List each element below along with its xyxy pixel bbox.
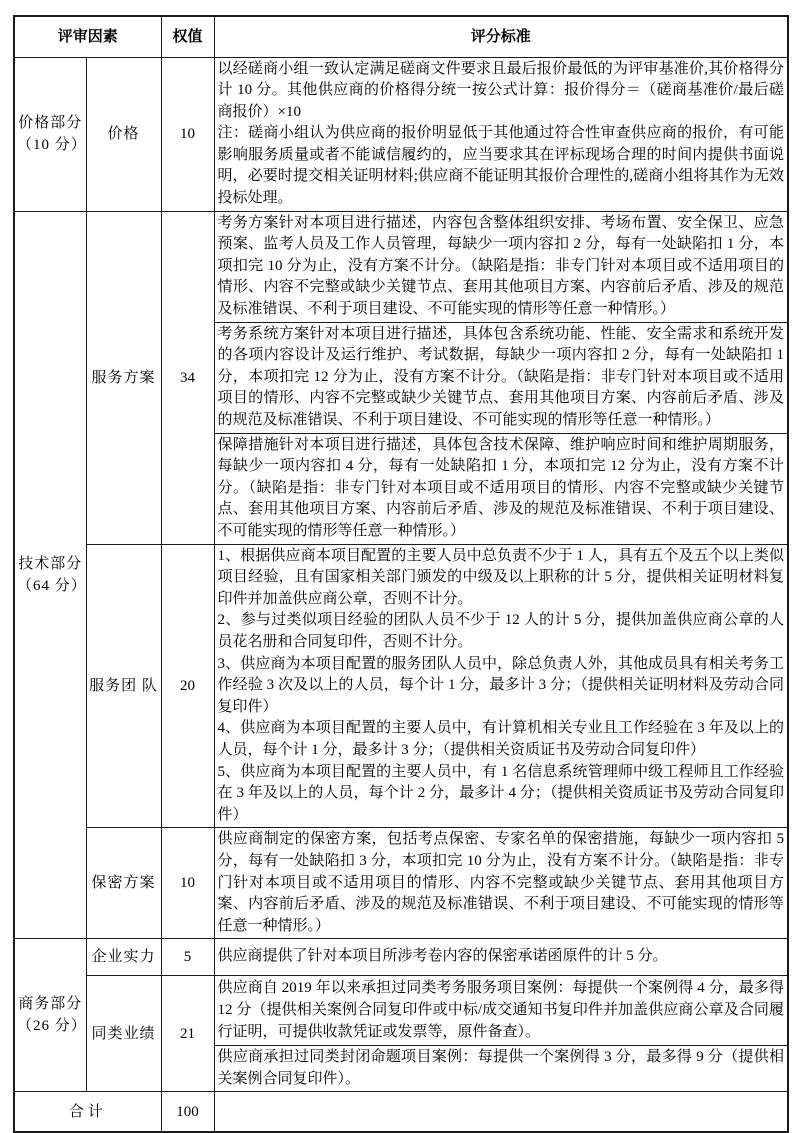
- similar-performance-row-1: 同类业绩 21 供应商自 2019 年以来承担过同类考务服务项目案例：每提供一个…: [14, 976, 788, 1046]
- criteria-service-plan-1: 考务方案针对本项目进行描述，内容包含整体组织安排、考场布置、安全保卫、应急预案、…: [214, 211, 788, 322]
- weight-service-team: 20: [161, 544, 214, 828]
- category-price: 价格部分（10 分）: [14, 57, 86, 211]
- criteria-similar-performance-1: 供应商自 2019 年以来承担过同类考务服务项目案例：每提供一个案例得 4 分，…: [214, 976, 788, 1046]
- weight-similar-performance: 21: [161, 976, 214, 1092]
- header-scoring-criteria: 评分标准: [214, 16, 788, 57]
- enterprise-strength-row: 商务部分（26 分） 企业实力 5 供应商提供了针对本项目所涉考卷内容的保密承诺…: [14, 939, 788, 976]
- factor-confidentiality-plan: 保密方案: [86, 828, 161, 939]
- criteria-text: 供应商制定的保密方案，包括考点保密、专家名单的保密措施，每缺少一项内容扣 5 分…: [218, 829, 785, 937]
- criteria-text: 供应商自 2019 年以来承担过同类考务服务项目案例：每提供一个案例得 4 分，…: [218, 978, 785, 1043]
- factor-price: 价格: [86, 57, 161, 211]
- header-evaluation-factors: 评审因素: [14, 16, 161, 57]
- criteria-text: 保障措施针对本项目进行描述，具体包含技术保障、维护响应时间和维护周期服务，每缺少…: [218, 435, 785, 543]
- factor-enterprise-strength: 企业实力: [86, 939, 161, 976]
- criteria-price: 以经磋商小组一致认定满足磋商文件要求且最后报价最低的为评审基准价,其价格得分计 …: [214, 57, 788, 211]
- criteria-similar-performance-2: 供应商承担过同类封闭命题项目案例：每提供一个案例得 3 分，最多得 9 分（提供…: [214, 1046, 788, 1092]
- criteria-service-plan-2: 考务系统方案针对本项目进行描述，具体包含系统功能、性能、安全需求和系统开发的各项…: [214, 322, 788, 433]
- criteria-enterprise-strength: 供应商提供了针对本项目所涉考卷内容的保密承诺函原件的计 5 分。: [214, 939, 788, 976]
- team-item-3: 3、供应商为本项目配置的服务团队人员中，除总负责人外，其他成员具有相关考务工作经…: [218, 654, 785, 719]
- price-row: 价格部分（10 分） 价格 10 以经磋商小组一致认定满足磋商文件要求且最后报价…: [14, 57, 788, 211]
- total-weight: 100: [161, 1092, 214, 1132]
- criteria-text: 供应商承担过同类封闭命题项目案例：每提供一个案例得 3 分，最多得 9 分（提供…: [218, 1047, 785, 1090]
- factor-service-plan: 服务方案: [86, 211, 161, 544]
- total-criteria-empty: [214, 1092, 788, 1132]
- criteria-text: 考务方案针对本项目进行描述，内容包含整体组织安排、考场布置、安全保卫、应急预案、…: [218, 213, 785, 321]
- team-item-5: 5、供应商为本项目配置的主要人员中，有 1 名信息系统管理师中级工程师且工作经验…: [218, 762, 785, 827]
- header-row: 评审因素 权值 评分标准: [14, 16, 788, 57]
- category-business: 商务部分（26 分）: [14, 939, 86, 1092]
- service-team-row: 服务团 队 20 1、根据供应商本项目配置的主要人员中总负责不少于 1 人，具有…: [14, 544, 788, 828]
- evaluation-criteria-table: 评审因素 权值 评分标准 价格部分（10 分） 价格 10 以经磋商小组一致认定…: [13, 15, 789, 1133]
- factor-similar-performance: 同类业绩: [86, 976, 161, 1092]
- criteria-service-team: 1、根据供应商本项目配置的主要人员中总负责不少于 1 人，具有五个及五个以上类似…: [214, 544, 788, 828]
- factor-service-team: 服务团 队: [86, 544, 161, 828]
- category-technical: 技术部分（64 分）: [14, 211, 86, 939]
- weight-confidentiality-plan: 10: [161, 828, 214, 939]
- criteria-price-main: 以经磋商小组一致认定满足磋商文件要求且最后报价最低的为评审基准价,其价格得分计 …: [218, 59, 785, 124]
- team-item-2: 2、参与过类似项目经验的团队人员不少于 12 人的计 5 分，提供加盖供应商公章…: [218, 610, 785, 653]
- header-weight: 权值: [161, 16, 214, 57]
- criteria-service-plan-3: 保障措施针对本项目进行描述，具体包含技术保障、维护响应时间和维护周期服务，每缺少…: [214, 433, 788, 544]
- confidentiality-plan-row: 保密方案 10 供应商制定的保密方案，包括考点保密、专家名单的保密措施，每缺少一…: [14, 828, 788, 939]
- criteria-confidentiality-plan: 供应商制定的保密方案，包括考点保密、专家名单的保密措施，每缺少一项内容扣 5 分…: [214, 828, 788, 939]
- team-item-4: 4、供应商为本项目配置的主要人员中，有计算机相关专业且工作经验在 3 年及以上的…: [218, 718, 785, 761]
- criteria-text: 考务系统方案针对本项目进行描述，具体包含系统功能、性能、安全需求和系统开发的各项…: [218, 324, 785, 432]
- team-item-1: 1、根据供应商本项目配置的主要人员中总负责不少于 1 人，具有五个及五个以上类似…: [218, 546, 785, 611]
- total-row: 合计 100: [14, 1092, 788, 1132]
- document-page: 评审因素 权值 评分标准 价格部分（10 分） 价格 10 以经磋商小组一致认定…: [0, 0, 800, 1058]
- weight-enterprise-strength: 5: [161, 939, 214, 976]
- criteria-price-note: 注：磋商小组认为供应商的报价明显低于其他通过符合性审查供应商的报价，有可能影响服…: [218, 123, 785, 209]
- weight-service-plan: 34: [161, 211, 214, 544]
- weight-price: 10: [161, 57, 214, 211]
- total-label: 合计: [14, 1092, 161, 1132]
- criteria-text: 供应商提供了针对本项目所涉考卷内容的保密承诺函原件的计 5 分。: [218, 946, 785, 968]
- service-plan-row-1: 技术部分（64 分） 服务方案 34 考务方案针对本项目进行描述，内容包含整体组…: [14, 211, 788, 322]
